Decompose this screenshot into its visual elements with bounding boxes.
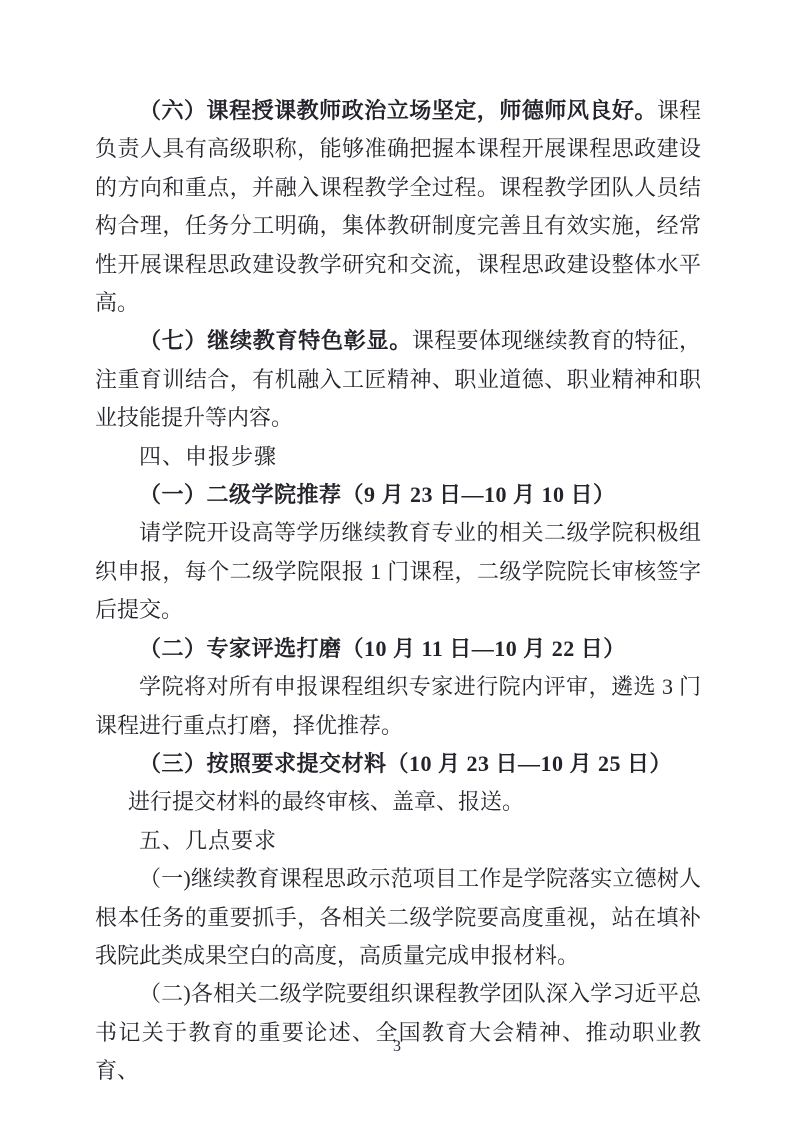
paragraph-4-2: 学院将对所有申报课程组织专家进行院内评审，遴选 3 门课程进行重点打磨，择优推荐…: [95, 668, 701, 745]
item-heading-4-3: （三）按照要求提交材料（10 月 23 日—10 月 25 日）: [95, 745, 701, 783]
document-page: （六）课程授课教师政治立场坚定，师德师风良好。课程负责人具有高级职称，能够准确把…: [0, 0, 794, 1123]
section-heading-4: 四、申报步骤: [95, 438, 701, 476]
paragraph-4-1: 请学院开设高等学历继续教育专业的相关二级学院积极组织申报，每个二级学院限报 1 …: [95, 514, 701, 629]
document-body: （六）课程授课教师政治立场坚定，师德师风良好。课程负责人具有高级职称，能够准确把…: [95, 92, 701, 1091]
section-heading-5: 五、几点要求: [95, 822, 701, 860]
paragraph-item-6: （六）课程授课教师政治立场坚定，师德师风良好。课程负责人具有高级职称，能够准确把…: [95, 92, 701, 322]
paragraph-item-6-bold-lead: （六）课程授课教师政治立场坚定，师德师风良好。: [139, 98, 657, 123]
paragraph-item-7-bold-lead: （七）继续教育特色彰显。: [139, 328, 412, 353]
paragraph-5-2: （二)各相关二级学院要组织课程教学团队深入学习近平总书记关于教育的重要论述、全国…: [95, 975, 701, 1090]
paragraph-item-6-text: 课程负责人具有高级职称，能够准确把握本课程开展课程思政建设的方向和重点，并融入课…: [95, 98, 701, 315]
paragraph-4-3: 进行提交材料的最终审核、盖章、报送。: [95, 783, 701, 821]
paragraph-5-1: （一)继续教育课程思政示范项目工作是学院落实立德树人根本任务的重要抓手，各相关二…: [95, 860, 701, 975]
item-heading-4-1: （一）二级学院推荐（9 月 23 日—10 月 10 日）: [95, 476, 701, 514]
item-heading-4-2: （二）专家评选打磨（10 月 11 日—10 月 22 日）: [95, 630, 701, 668]
paragraph-item-7: （七）继续教育特色彰显。课程要体现继续教育的特征，注重育训结合，有机融入工匠精神…: [95, 322, 701, 437]
page-number: 3: [0, 1036, 794, 1058]
